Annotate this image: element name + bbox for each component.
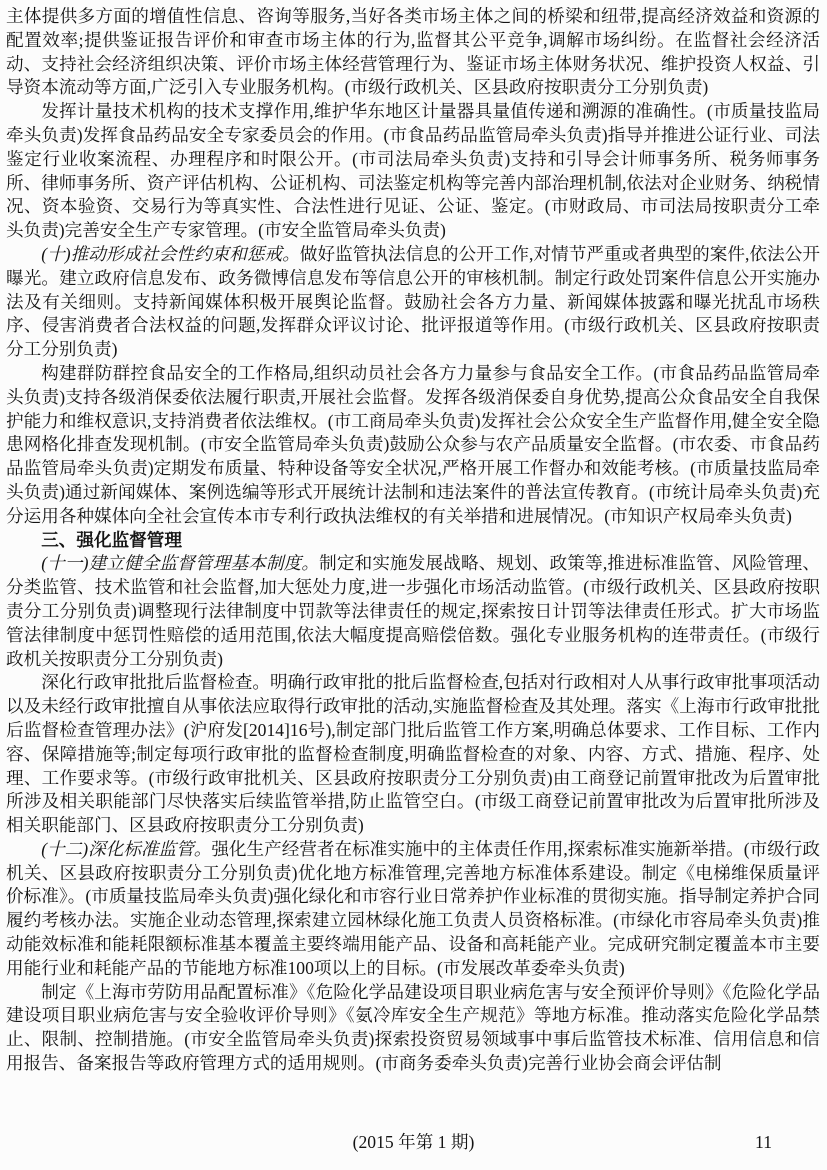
- paragraph: 主体提供多方面的增值性信息、咨询等服务,当好各类市场主体之间的桥梁和纽带,提高经…: [6, 5, 820, 100]
- document-page: 主体提供多方面的增值性信息、咨询等服务,当好各类市场主体之间的桥梁和纽带,提高经…: [0, 0, 827, 1170]
- item-title: (十)推动形成社会性约束和惩戒。: [41, 244, 300, 264]
- section-heading: 三、强化监督管理: [6, 529, 820, 553]
- paragraph: 深化行政审批批后监督检查。明确行政审批的批后监督检查,包括对行政相对人从事行政审…: [6, 671, 820, 838]
- document-body: 主体提供多方面的增值性信息、咨询等服务,当好各类市场主体之间的桥梁和纽带,提高经…: [6, 5, 820, 1076]
- page-footer: (2015 年第 1 期) 11: [0, 1130, 827, 1154]
- paragraph: (十二)深化标准监管。强化生产经营者在标准实施中的主体责任作用,探索标准实施新举…: [6, 838, 820, 981]
- page-number: 11: [755, 1130, 772, 1154]
- issue-label: (2015 年第 1 期): [0, 1130, 827, 1154]
- paragraph: 发挥计量技术机构的技术支撑作用,维护华东地区计量器具量值传递和溯源的准确性。(市…: [6, 100, 820, 243]
- item-title: (十二)深化标准监管。: [41, 839, 211, 859]
- paragraph: 制定《上海市劳防用品配置标准》《危险化学品建设项目职业病危害与安全预评价导则》《…: [6, 981, 820, 1076]
- paragraph: 构建群防群控食品安全的工作格局,组织动员社会各方力量参与食品安全工作。(市食品药…: [6, 362, 820, 529]
- paragraph: (十一)建立健全监督管理基本制度。制定和实施发展战略、规划、政策等,推进标准监管…: [6, 552, 820, 671]
- paragraph: (十)推动形成社会性约束和惩戒。做好监管执法信息的公开工作,对情节严重或者典型的…: [6, 243, 820, 362]
- item-title: (十一)建立健全监督管理基本制度。: [41, 553, 319, 573]
